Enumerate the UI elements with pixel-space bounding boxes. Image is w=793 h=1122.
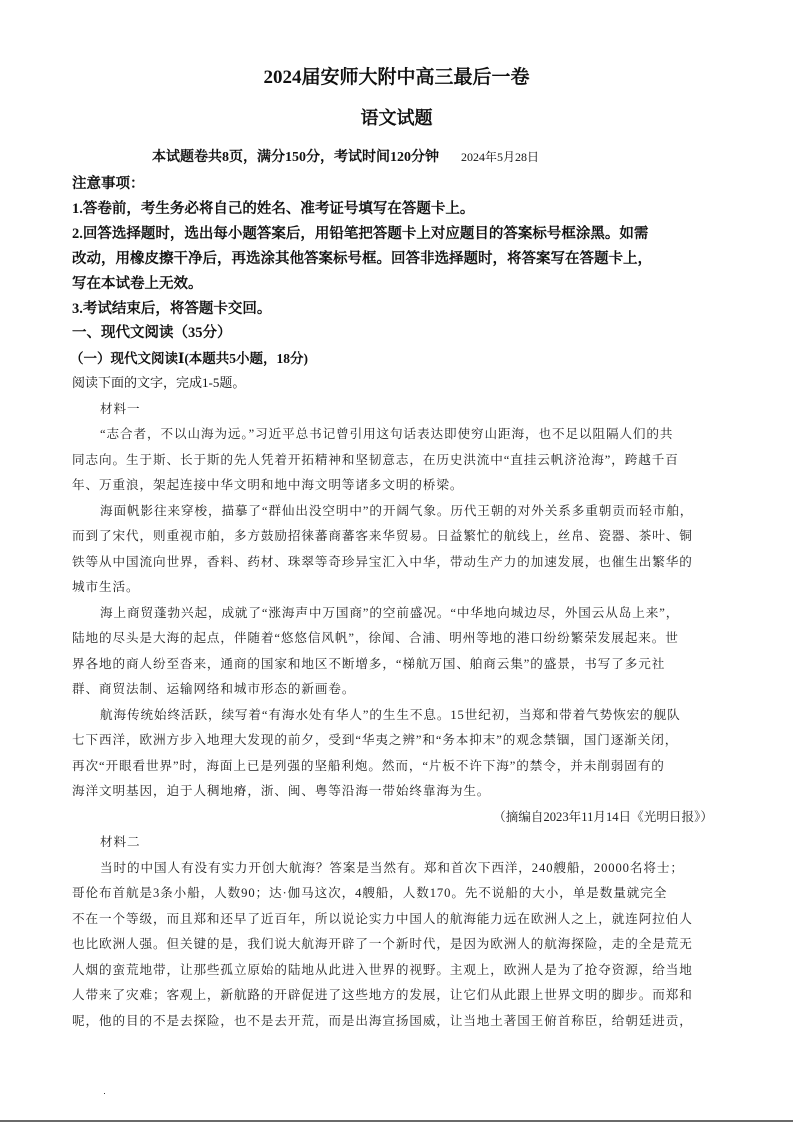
paragraph-line: 同志向。生于斯、长于斯的先人凭着开拓精神和坚韧意志，在历史洪流中“直挂云帆济沧海… bbox=[72, 449, 679, 468]
source-citation: （摘编自2023年11月14日《光明日报》） bbox=[493, 806, 713, 825]
paragraph-line: 呢，他的目的不是去探险，也不是去开荒，而是出海宣扬国威，让当地土著国王俯首称臣，… bbox=[72, 1010, 693, 1029]
notice-line: 3.考试结束后，将答题卡交回。 bbox=[72, 297, 271, 318]
paragraph-line: 海面帆影往来穿梭，描摹了“群仙出没空明中”的开阔气象。历代王朝的对外关系多重朝贡… bbox=[100, 500, 693, 519]
material-label: 材料二 bbox=[100, 831, 140, 850]
paragraph-line: 陆地的尽头是大海的起点，伴随着“悠悠信风帆”，徐闻、合浦、明州等地的港口纷纷繁荣… bbox=[72, 627, 679, 646]
paragraph-line: 哥伦布首航是3条小船，人数90；达·伽马这次，4艘船，人数170。先不说船的大小… bbox=[72, 882, 667, 901]
exam-page: 2024届安师大附中高三最后一卷 语文试题 本试题卷共8页，满分150分，考试时… bbox=[0, 0, 793, 1122]
section-heading: 一、现代文阅读（35分） bbox=[72, 321, 232, 342]
paragraph-line: 不在一个等级，而且郑和还早了近百年，所以说论实力中国人的航海能力远在欧洲人之上，… bbox=[72, 908, 693, 927]
paragraph-line: 而到了宋代，则重视市舶，多方鼓励招徕蕃商蕃客来华贸易。日益繁忙的航线上，丝帛、瓷… bbox=[72, 525, 693, 544]
exam-title: 2024届安师大附中高三最后一卷 bbox=[0, 62, 793, 89]
paragraph-line: 也比欧洲人强。但关键的是，我们说大航海开辟了一个新时代，是因为欧洲人的航海探险，… bbox=[72, 933, 693, 952]
notice-line: 写在本试卷上无效。 bbox=[72, 272, 203, 293]
paragraph-line: 群、商贸法制、运输网络和城市形态的新画卷。 bbox=[72, 678, 355, 697]
paragraph-line: 七下西洋，欧洲方步入地理大发现的前夕，受到“华夷之辨”和“务本抑末”的观念禁锢，… bbox=[72, 729, 678, 748]
notice-heading: 注意事项： bbox=[72, 172, 145, 193]
exam-subject: 语文试题 bbox=[0, 104, 793, 130]
stray-mark bbox=[104, 1093, 105, 1094]
reading-instruction: 阅读下面的文字，完成1-5题。 bbox=[72, 372, 245, 391]
paragraph-line: 界各地的商人纷至沓来，通商的国家和地区不断增多，“梯航万国、舶商云集”的盛景，书… bbox=[72, 653, 665, 672]
paragraph-line: 人烟的蛮荒地带，让那些孤立原始的陆地从此进入世界的视野。主观上，欧洲人是为了抢夺… bbox=[72, 959, 693, 978]
paragraph-line: 航海传统始终活跃，续写着“有海水处有华人”的生生不息。15世纪初，当郑和带着气势… bbox=[100, 704, 681, 723]
material-label: 材料一 bbox=[100, 398, 140, 417]
paragraph-line: 再次“开眼看世界”时，海面上已是列强的坚船利炮。然而，“片板不许下海”的禁令，并… bbox=[72, 755, 665, 774]
exam-info: 本试题卷共8页，满分150分，考试时间120分钟2024年5月28日 bbox=[152, 146, 539, 166]
paragraph-line: 城市生活。 bbox=[72, 576, 139, 595]
paragraph-line: 海洋文明基因，迫于人稠地瘠，浙、闽、粤等沿海一带始终靠海为生。 bbox=[72, 780, 490, 799]
notice-line: 改动，用橡皮擦干净后，再选涂其他答案标号框。回答非选择题时，将答案写在答题卡上， bbox=[72, 247, 652, 268]
notice-line: 2.回答选择题时，选出每小题答案后，用铅笔把答题卡上对应题目的答案标号框涂黑。如… bbox=[72, 222, 648, 243]
paragraph-line: “志合者，不以山海为远。”习近平总书记曾引用这句话表达即使穷山距海，也不足以阻隔… bbox=[100, 423, 673, 442]
section-subheading: （一）现代文阅读Ⅰ(本题共5小题，18分) bbox=[70, 347, 308, 367]
paragraph-line: 海上商贸蓬勃兴起，成就了“涨海声中万国商”的空前盛况。“中华地向城边尽，外国云从… bbox=[100, 602, 679, 621]
paragraph-line: 当时的中国人有没有实力开创大航海？答案是当然有。郑和首次下西洋，240艘船，20… bbox=[100, 857, 684, 876]
exam-info-text: 本试题卷共8页，满分150分，考试时间120分钟 bbox=[152, 150, 439, 165]
exam-date: 2024年5月28日 bbox=[461, 150, 539, 164]
paragraph-line: 铁等从中国流向世界，香料、药材、珠翠等奇珍异宝汇入中华，带动生产力的加速发展，也… bbox=[72, 551, 693, 570]
paragraph-line: 人带来了灾难；客观上，新航路的开辟促进了这些地方的发展，让它们从此跟上世界文明的… bbox=[72, 984, 693, 1003]
notice-line: 1.答卷前，考生务必将自己的姓名、准考证号填写在答题卡上。 bbox=[72, 197, 474, 218]
paragraph-line: 年、万重浪，架起连接中华文明和地中海文明等诸多文明的桥梁。 bbox=[72, 474, 463, 493]
